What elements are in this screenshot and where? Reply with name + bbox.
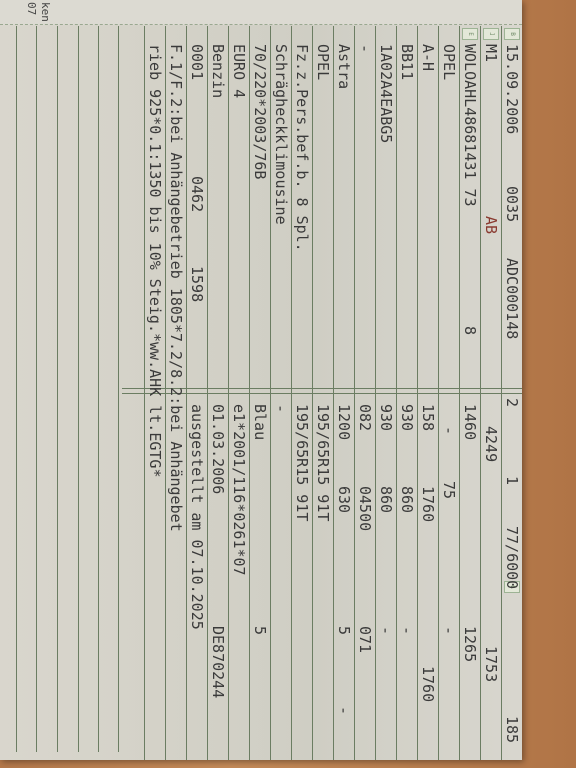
value: 1753 [481, 646, 501, 682]
type-approval: e1*2001/116*0261*07 [229, 404, 249, 576]
value: 04500 [355, 486, 375, 531]
vehicle-type: Fz.z.Pers.bef.b. 8 Spl. [292, 44, 312, 252]
value: 860 [397, 486, 417, 513]
color: Blau [250, 404, 270, 440]
displacement: 1598 [187, 266, 207, 302]
manufacturer: OPEL [313, 44, 333, 80]
body-type: Schrägheckklimousine [271, 44, 291, 225]
value: 630 [334, 486, 354, 513]
value: 082 [355, 404, 375, 431]
value: 185 [502, 716, 522, 743]
value: 1 [502, 476, 522, 485]
field-row-2: OPEL 195/65R15 91T [312, 26, 333, 760]
variant: BB11 [397, 44, 417, 80]
field-row-e: E WOLOAHL48681431 73 8 1460 1265 [459, 26, 480, 760]
form-table: B 15.09.2006 0035 ADC000148 L 2 1 77/600… [122, 26, 522, 760]
value: 1460 [460, 404, 480, 440]
field-code: J [483, 28, 499, 40]
field-row-j: J M1 AB 4249 1753 [480, 26, 501, 760]
value: 77/6000 [502, 526, 522, 589]
emission-class: EURO 4 [229, 44, 249, 98]
value: 1760 [418, 486, 438, 522]
value: 75 [439, 481, 459, 499]
field-row-p3: Benzin 01.03.2006 DE870244 [207, 26, 228, 760]
check-digit: 8 [460, 326, 480, 335]
field-row-d3: Astra 1200 630 5 - [333, 26, 354, 760]
value: - [397, 626, 417, 635]
field-code: B [504, 28, 520, 40]
tire-size-1: 195/65R15 91T [313, 404, 333, 521]
value: 930 [397, 404, 417, 431]
emission-regulation: 70/220*2003/76B [250, 44, 270, 179]
page-fold-edge [0, 0, 522, 25]
tire-size-2: 195/65R15 91T [292, 404, 312, 521]
dash: - [355, 44, 375, 53]
manufacturer-code: 0035 [502, 186, 522, 222]
field-row-14: EURO 4 e1*2001/116*0261*07 [228, 26, 249, 760]
rule-line [118, 26, 119, 752]
rule-line [36, 26, 37, 752]
value: - [334, 706, 354, 715]
value: - [439, 626, 459, 635]
value: 4249 [481, 426, 501, 462]
value: 1265 [460, 626, 480, 662]
remarks-line-2: rieb 925*0.1:1350 bis 10% Steig.*ww.AHK … [145, 44, 165, 477]
approval-number: DE870244 [208, 626, 228, 698]
edge-text-bottom: 07 [25, 2, 38, 15]
type-code: ADC000148 [502, 258, 522, 339]
type: A-H [418, 44, 438, 71]
vin: WOLOAHL48681431 73 [460, 44, 480, 207]
field-row-v9: 70/220*2003/76B Blau 5 [249, 26, 270, 760]
rule-line [57, 26, 58, 752]
approval-date: 01.03.2006 [208, 404, 228, 494]
edge-text-top: ken [39, 2, 52, 22]
color-code: 5 [250, 626, 270, 635]
code-value: 0001 [187, 44, 207, 80]
remarks-line-1: F.1/F.2:bei Anhängebetrieb 1805*7.2/8.2:… [166, 44, 186, 532]
fuel-type: Benzin [208, 44, 228, 98]
value: 1760 [418, 666, 438, 702]
value: 071 [355, 626, 375, 653]
field-row-d2a: A-H 158 1760 1760 [417, 26, 438, 760]
value: 1200 [334, 404, 354, 440]
code-value-2: 0462 [187, 176, 207, 212]
field-row-d1: OPEL - 75 - [438, 26, 459, 760]
field-row-22a: F.1/F.2:bei Anhängebetrieb 1805*7.2/8.2:… [165, 26, 186, 760]
field-row-22b: rieb 925*0.1:1350 bis 10% Steig.*ww.AHK … [144, 26, 165, 760]
value: - [376, 626, 396, 635]
field-row-21: 0001 0462 1598 ausgestellt am 07.10.2025 [186, 26, 207, 760]
value: 930 [376, 404, 396, 431]
field-row-d2c: 1A02A4EABG5 930 860 - [375, 26, 396, 760]
version: 1A02A4EABG5 [376, 44, 396, 143]
rule-line [16, 26, 17, 752]
field-row-5b: Schrägheckklimousine - [270, 26, 291, 760]
body-code: AB [481, 216, 501, 234]
value: 5 [334, 626, 354, 635]
field-row-b: B 15.09.2006 0035 ADC000148 L 2 1 77/600… [501, 26, 522, 760]
vehicle-class: M1 [481, 44, 501, 62]
registration-document: ken 07 B 15.09.2006 0035 ADC000148 L 2 1… [0, 0, 522, 760]
rule-line [78, 26, 79, 752]
value: 2 [502, 398, 522, 407]
value: 158 [418, 404, 438, 431]
field-row-5a: Fz.z.Pers.bef.b. 8 Spl. 195/65R15 91T [291, 26, 312, 760]
trade-name: Astra [334, 44, 354, 89]
issue-date: ausgestellt am 07.10.2025 [187, 404, 207, 630]
field-code: E [462, 28, 478, 40]
value: 860 [376, 486, 396, 513]
field-row-d2d: - 082 04500 071 [354, 26, 375, 760]
field-row-d2b: BB11 930 860 - [396, 26, 417, 760]
first-registration-date: 15.09.2006 [502, 44, 522, 134]
value: - [439, 426, 459, 435]
make: OPEL [439, 44, 459, 80]
rule-line [98, 26, 99, 752]
value: - [271, 404, 291, 413]
